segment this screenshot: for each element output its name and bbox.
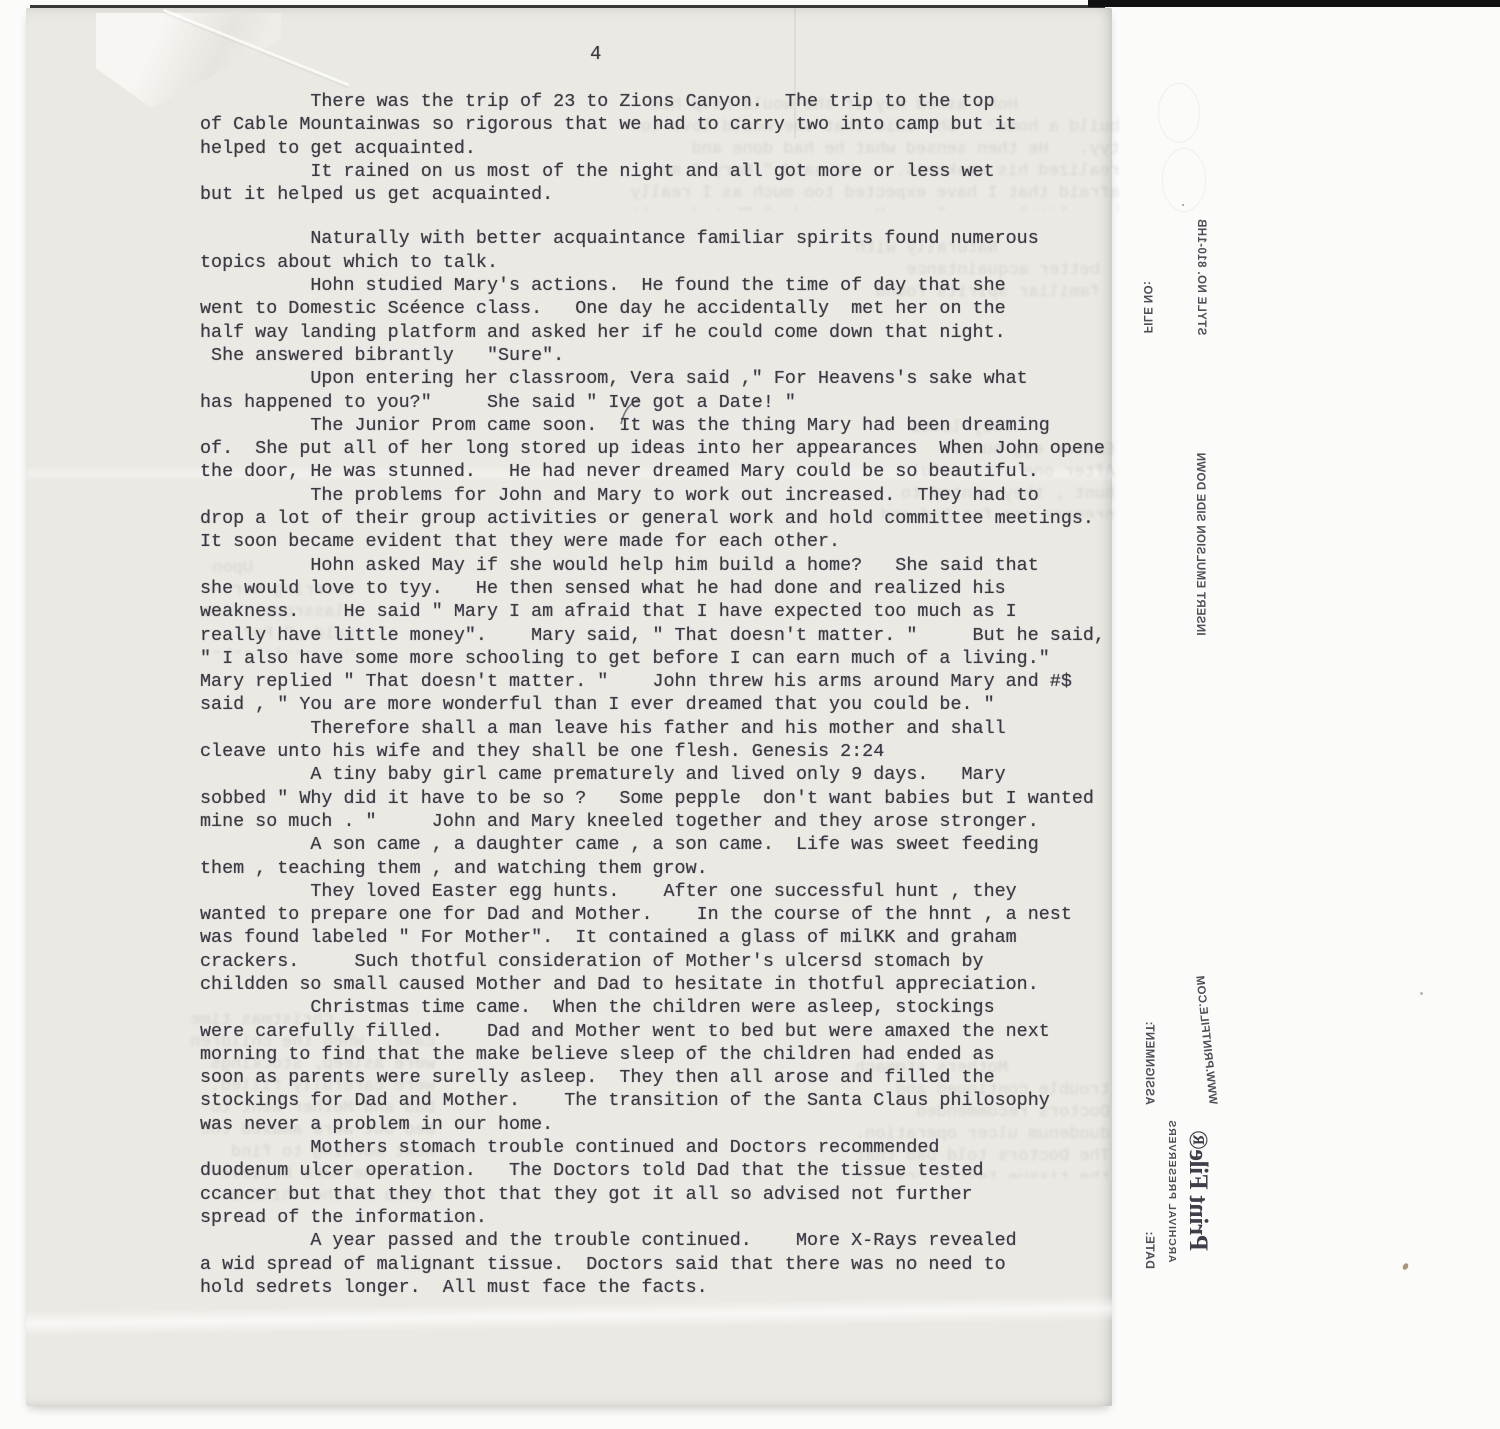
typed-paragraph: Upon entering her classroom, Vera said ,… xyxy=(200,367,1105,414)
sleeve-assignment-label: ASSIGNMENT: xyxy=(1143,963,1155,1163)
typed-paragraph: There was the trip of 23 to Zions Canyon… xyxy=(200,90,1105,160)
scan-speck xyxy=(1420,992,1423,995)
scan-edge-top-right xyxy=(1088,0,1500,7)
scanned-sheet: Hohn asked May if she would help him bui… xyxy=(0,0,1500,1429)
typed-paragraph: Naturally with better acquaintance famil… xyxy=(200,227,1105,274)
typed-paragraph: Hohn studied Mary's actions. He found th… xyxy=(200,274,1105,367)
typed-paragraph: Hohn asked May if she would help him bui… xyxy=(200,554,1105,717)
typed-paragraph: Christmas time came. When the children w… xyxy=(200,996,1105,1136)
sleeve-file-number-label: FILE NO: xyxy=(1141,207,1153,407)
sleeve-style-number-label: STYLE NO. 810-1HB xyxy=(1195,177,1207,377)
scan-speck xyxy=(1402,1262,1410,1271)
typed-paragraph: A tiny baby girl came prematurely and li… xyxy=(200,763,1105,833)
paper-watermark xyxy=(1158,83,1200,143)
sleeve-insert-emulsion-label: INSERT EMULSION SIDE DOWN xyxy=(1194,444,1206,644)
pen-mark xyxy=(617,396,643,426)
typed-paragraph: They loved Easter egg hunts. After one s… xyxy=(200,880,1105,996)
typed-paragraph: It rained on us most of the night and al… xyxy=(200,160,1105,207)
typed-paragraph: A year passed and the trouble continued.… xyxy=(200,1229,1105,1299)
typed-text: There was the trip of 23 to Zions Canyon… xyxy=(200,90,1105,1299)
typed-paragraph: A son came , a daughter came , a son cam… xyxy=(200,833,1105,880)
paper-crease xyxy=(26,1295,1112,1336)
printfile-brand-logo: Print File® xyxy=(1183,1071,1213,1311)
typed-paragraph: The Junior Prom came soon. It was the th… xyxy=(200,414,1105,484)
sleeve-date-label: DATE: xyxy=(1143,1150,1157,1350)
paper-watermark xyxy=(1162,148,1206,212)
typed-paragraph: The problems for John and Mary to work o… xyxy=(200,484,1105,554)
printfile-brand-subtitle: ARCHIVAL PRESERVERS xyxy=(1166,1091,1178,1291)
page-number: 4 xyxy=(590,44,601,64)
typed-paragraph: Mothers stomach trouble continued and Do… xyxy=(200,1136,1105,1229)
typed-paragraph: Therefore shall a man leave his father a… xyxy=(200,717,1105,764)
